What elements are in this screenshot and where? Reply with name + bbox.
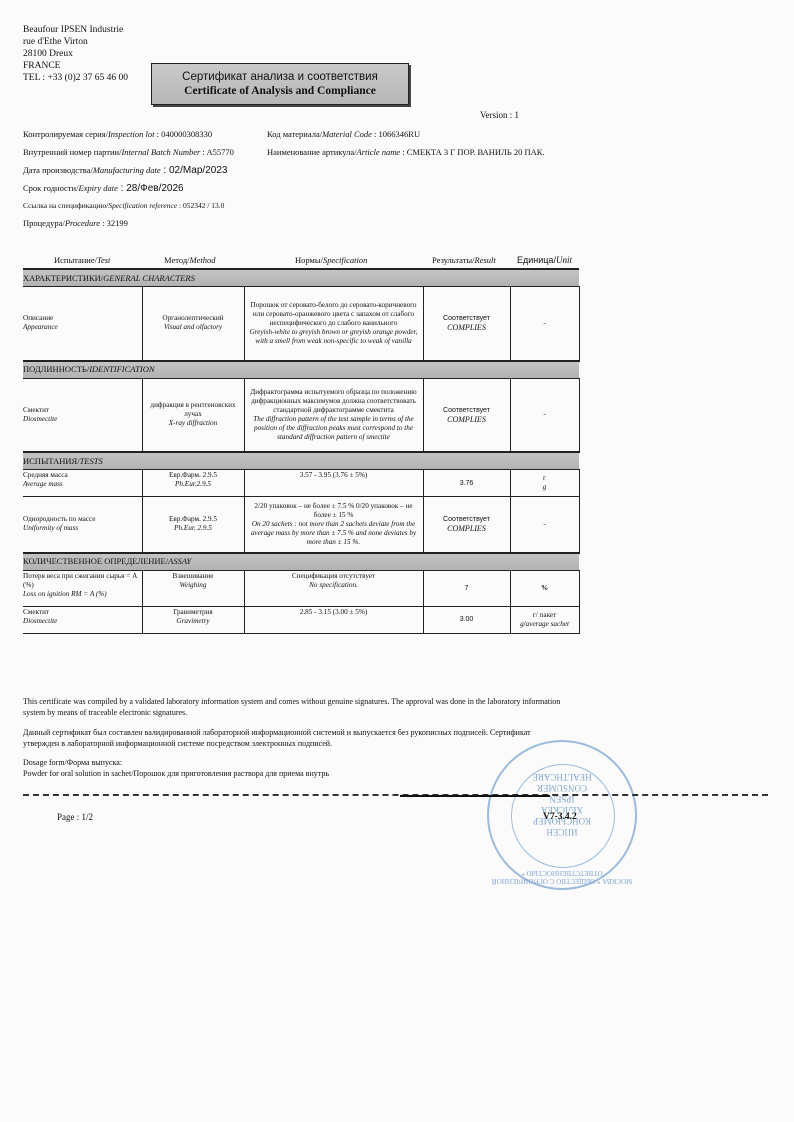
footer-divider — [23, 794, 768, 796]
footer-divider-solid — [400, 795, 550, 797]
sender-line: 28100 Dreux — [23, 48, 128, 60]
version-code: V7-3.4.2 — [543, 812, 577, 822]
section-header: КОЛИЧЕСТВЕННОЕ ОПРЕДЕЛЕНИЕ/ASSAY — [23, 553, 579, 571]
table-row: Потеря веса при сжигании сырья = A (%)Lo… — [23, 570, 579, 606]
table-row: Однородность по массеUniformity of mass … — [23, 497, 579, 553]
inspection-lot: Контролируемая серия/Inspection lot : 04… — [23, 129, 212, 139]
version-label: Version : 1 — [480, 110, 519, 120]
sender-line: FRANCE — [23, 60, 128, 72]
internal-batch: Внутренний номер партии/Internal Batch N… — [23, 147, 234, 157]
column-header-spec: Нормы/Specification — [295, 255, 367, 265]
table-row: СмектитDiosmectite дифракция в рентгенов… — [23, 378, 579, 452]
table-row: СмектитDiosmectite ГравиметрияGravimetry… — [23, 606, 579, 633]
disclaimer-ru: Данный сертификат был составлен валидиро… — [23, 727, 563, 749]
title-ru: Сертификат анализа и соответствия — [152, 71, 408, 84]
expiry-date: Срок годности/Expiry date : 28/Фев/2026 — [23, 183, 184, 194]
material-code: Код материала/Material Code : 1066346RU — [267, 129, 420, 139]
document-title: Сертификат анализа и соответствия Certif… — [151, 63, 409, 105]
section-header: ХАРАКТЕРИСТИКИ/GENERAL CHARACTERS — [23, 269, 579, 287]
sender-address: Beaufour IPSEN Industrie rue d'Ethe Virt… — [23, 24, 128, 84]
stamp-ring-text: МОСКВА * ОБЩЕСТВО С ОГРАНИЧЕННОЙ ОТВЕТСТ… — [489, 869, 635, 885]
stamp-center-text: ИПСЕН КОНСЬЮМЕР ХЕЛСКЕА IPSEN CONSUMER H… — [489, 771, 635, 837]
section-header: ПОДЛИННОСТЬ/IDENTIFICATION — [23, 361, 579, 379]
disclaimer-en: This certificate was compiled by a valid… — [23, 696, 563, 718]
spec-reference: Ссылка на спецификацию/Specification ref… — [23, 201, 224, 210]
article-name: Наименование артикула/Article name : СМЕ… — [267, 147, 545, 157]
procedure: Процедура/Procedure : 32199 — [23, 218, 128, 228]
dosage-label: Dosage form/Форма выпуска: — [23, 757, 563, 768]
sender-line: Beaufour IPSEN Industrie — [23, 24, 128, 36]
manufacturing-date: Дата производства/Manufacturing date : 0… — [23, 165, 227, 176]
table-row: ОписаниеAppearance ОрганолептическийVisu… — [23, 287, 579, 361]
dosage-form: Dosage form/Форма выпуска: Powder for or… — [23, 757, 563, 779]
column-header-test: Испытание/Test — [54, 255, 110, 265]
column-header-method: Метод/Method — [164, 255, 215, 265]
results-table: ХАРАКТЕРИСТИКИ/GENERAL CHARACTERS Описан… — [23, 268, 580, 634]
column-header-unit: Единица/Unit — [517, 255, 572, 265]
title-en: Certificate of Analysis and Compliance — [152, 84, 408, 98]
page-number: Page : 1/2 — [57, 812, 93, 822]
section-header: ИСПЫТАНИЯ/TESTS — [23, 452, 579, 470]
table-row: Средняя массаAverage mass Евр.Фарм. 2.9.… — [23, 470, 579, 497]
column-header-result: Результаты/Result — [432, 255, 496, 265]
sender-line: rue d'Ethe Virton — [23, 36, 128, 48]
sender-line: TEL : +33 (0)2 37 65 46 00 — [23, 72, 128, 84]
dosage-value: Powder for oral solution in sachet/Порош… — [23, 768, 563, 779]
